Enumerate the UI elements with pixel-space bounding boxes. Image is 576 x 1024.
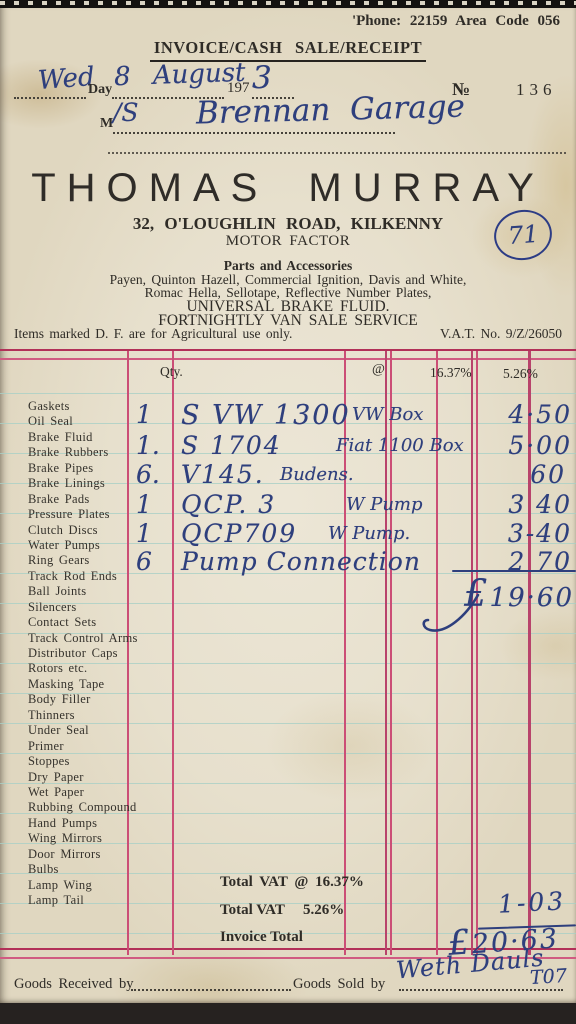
business-name: THOMAS MURRAY [0,166,576,211]
catalog-item: Body Filler [28,692,138,707]
entry-part: Pump Connection [181,547,421,576]
entry-amount: 3-40 [462,519,572,548]
entry-note: W Pump. [328,523,410,544]
entry-row: 1QCP709W Pump.3-40 [0,519,576,549]
signature-code: T07 [529,965,567,989]
entry-part: QCP709 [181,519,297,548]
goods-sold-label: Goods Sold by [293,976,385,993]
vat-amount-handwritten: 1-03 [497,886,567,919]
dotted-line [399,989,563,991]
goods-received-label: Goods Received by [14,976,134,993]
dotted-line [14,97,86,99]
pen-flourish [416,592,482,642]
invoice-number: 136 [516,80,557,100]
catalog-item: Ball Joints [28,584,138,599]
perforation-edge [0,0,576,8]
entry-row: 1S VW 1300VW Box4·50 [0,400,576,430]
vat-registration: V.A.T. No. 9/Z/26050 [440,326,562,342]
entry-part: V145. [181,460,265,489]
entry-row: 1QCP. 3W Pump3 40 [0,490,576,520]
dotted-separator [108,152,566,154]
entry-qty: 6 [136,547,152,576]
catalog-item: Dry Paper [28,770,138,785]
handwritten-year: 3 [252,60,272,96]
entry-qty: 6. [136,460,160,489]
handwritten-customer-name: Brennan Garage [196,88,466,131]
scanned-invoice: 'Phone: 22159 Area Code 056 INVOICE/CASH… [0,0,576,1024]
business-address: 32, O'LOUGHLIN ROAD, KILKENNY [0,214,576,234]
entry-row: 6.V145.Budens.60 [0,460,576,490]
catalog-item: Thinners [28,708,138,723]
qty-header: Qty. [160,364,183,380]
doc-title: INVOICE/CASH SALE/RECEIPT [150,38,426,62]
catalog-item: Distributor Caps [28,646,138,661]
catalog-item: Under Seal [28,723,138,738]
catalog-item: Stoppes [28,754,138,769]
entry-qty: 1. [136,431,160,460]
catalog-item: Wing Mirrors [28,831,138,846]
customer-prefix-label: M [100,116,113,132]
entry-amount: 60 [456,460,566,489]
catalog-item: Track Control Arms [28,631,138,646]
vat-rate-header-1: 16.37% [430,365,472,381]
vat-rate-header-2: 5.26% [503,366,538,382]
circled-annotation-value: 71 [507,220,539,250]
entry-part: S VW 1300 [181,400,351,431]
table-top-border [0,349,576,360]
catalog-item: Lamp Tail [28,893,138,908]
catalog-item: Rubbing Compound [28,800,138,815]
entry-qty: 1 [136,400,152,429]
entry-part: S 1704 [181,431,282,460]
ruled-line [0,393,576,394]
entry-qty: 1 [136,490,152,519]
entry-note: W Pump [346,494,423,515]
total-vat-1-label: Total VAT @ 16.37% [220,874,364,891]
catalog-item: Wet Paper [28,785,138,800]
at-header: @ [372,362,385,378]
phone-number: 'Phone: 22159 Area Code 056 [352,13,560,30]
entry-note: VW Box [352,404,423,425]
business-role: MOTOR FACTOR [0,233,576,250]
dotted-line [131,989,291,991]
catalog-item: Contact Sets [28,615,138,630]
invoice-total-label: Invoice Total [220,929,303,946]
day-label: Day [88,82,112,98]
entry-part: QCP. 3 [181,490,276,519]
agricultural-note: Items marked D. F. are for Agricultural … [14,326,292,342]
handwritten-day: Wed [37,62,96,96]
catalog-item: Lamp Wing [28,878,138,893]
dotted-line [113,132,395,134]
catalog-item: Silencers [28,600,138,615]
entry-amount: 5·00 [462,431,572,460]
entry-amount: 4·50 [462,400,572,429]
catalog-item: Masking Tape [28,677,138,692]
entry-note: Budens. [280,464,354,485]
catalog-item: Rotors etc. [28,661,138,676]
total-vat-2-label: Total VAT [220,902,285,919]
entry-amount: 3 40 [462,490,572,519]
entry-qty: 1 [136,519,152,548]
handwritten-customer-prefix: /S [113,98,139,127]
catalog-item: Bulbs [28,862,138,877]
catalog-item: Door Mirrors [28,847,138,862]
total-vat-2-rate: 5.26% [303,902,344,919]
entry-note: Fiat 1100 Box [336,435,464,456]
catalog-item: Primer [28,739,138,754]
entry-row: 1.S 1704Fiat 1100 Box5·00 [0,431,576,461]
perforation-holes [0,1,576,5]
catalog-item: Hand Pumps [28,816,138,831]
